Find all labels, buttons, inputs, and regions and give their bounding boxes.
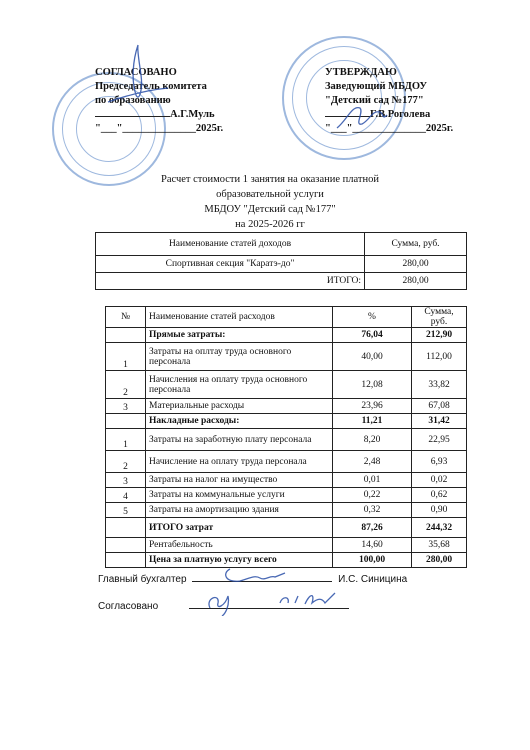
expense-num: 5 xyxy=(106,503,146,518)
expense-num: 4 xyxy=(106,488,146,503)
expense-row: 4Затраты на коммунальные услуги0,220,62 xyxy=(106,488,467,503)
expense-table-body: Прямые затраты:76,04212,901Затраты на оп… xyxy=(106,328,467,568)
expense-sum: 0,90 xyxy=(412,503,467,518)
accountant-label: Главный бухгалтер xyxy=(98,574,187,585)
expense-row: Рентабельность14,6035,68 xyxy=(106,538,467,553)
expense-row: 1Затраты на оплтау труда основного персо… xyxy=(106,343,467,371)
expense-header-sum: Сумма, руб. xyxy=(412,307,467,328)
expense-pct: 100,00 xyxy=(333,553,412,568)
agreed-signature xyxy=(200,588,370,616)
expense-pct: 87,26 xyxy=(333,518,412,538)
expense-sum: 33,82 xyxy=(412,371,467,399)
expense-sum: 244,32 xyxy=(412,518,467,538)
expense-pct: 14,60 xyxy=(333,538,412,553)
expense-row: 3Материальные расходы23,9667,08 xyxy=(106,399,467,414)
expense-name: Затраты на оплтау труда основного персон… xyxy=(146,343,333,371)
right-signature xyxy=(332,100,392,135)
expense-pct: 23,96 xyxy=(333,399,412,414)
expense-num xyxy=(106,518,146,538)
income-row-sum: 280,00 xyxy=(365,256,467,273)
expense-name: Начисления на оплату труда основного пер… xyxy=(146,371,333,399)
expense-pct: 0,01 xyxy=(333,473,412,488)
expense-num: 2 xyxy=(106,451,146,473)
expense-name: ИТОГО затрат xyxy=(146,518,333,538)
expense-name: Начисление на оплату труда персонала xyxy=(146,451,333,473)
expense-name: Материальные расходы xyxy=(146,399,333,414)
expense-num: 1 xyxy=(106,429,146,451)
expense-sum: 0,02 xyxy=(412,473,467,488)
expense-header-name: Наименование статей расходов xyxy=(146,307,333,328)
expense-sum: 22,95 xyxy=(412,429,467,451)
expense-num xyxy=(106,328,146,343)
expense-row: 2Начисление на оплату труда персонала2,4… xyxy=(106,451,467,473)
expense-name: Рентабельность xyxy=(146,538,333,553)
expense-pct: 8,20 xyxy=(333,429,412,451)
document-title: Расчет стоимости 1 занятия на оказание п… xyxy=(120,172,420,232)
income-header-sum: Сумма, руб. xyxy=(365,233,467,256)
expense-pct: 40,00 xyxy=(333,343,412,371)
expense-sum: 280,00 xyxy=(412,553,467,568)
expense-row: 2Начисления на оплату труда основного пе… xyxy=(106,371,467,399)
expense-sum: 35,68 xyxy=(412,538,467,553)
accountant-name: И.С. Синицина xyxy=(338,574,407,585)
income-total-label: ИТОГО: xyxy=(96,273,365,290)
expense-name: Затраты на коммунальные услуги xyxy=(146,488,333,503)
expense-header-pct: % xyxy=(333,307,412,328)
income-total-sum: 280,00 xyxy=(365,273,467,290)
expense-num xyxy=(106,414,146,429)
expense-name: Затраты на амортизацию здания xyxy=(146,503,333,518)
right-approval-heading: УТВЕРЖДАЮ xyxy=(325,66,453,80)
expense-row: 1Затраты на заработную плату персонала8,… xyxy=(106,429,467,451)
expense-row: Накладные расходы:11,2131,42 xyxy=(106,414,467,429)
expense-name: Накладные расходы: xyxy=(146,414,333,429)
expense-name: Прямые затраты: xyxy=(146,328,333,343)
left-approval-name-line: А.Г.Муль xyxy=(95,108,223,122)
expense-pct: 0,22 xyxy=(333,488,412,503)
expense-num xyxy=(106,538,146,553)
income-header-name: Наименование статей доходов xyxy=(96,233,365,256)
income-row-name: Спортивная секция "Каратэ-до" xyxy=(96,256,365,273)
left-approval-name: А.Г.Муль xyxy=(170,109,215,120)
expense-row: 5Затраты на амортизацию здания0,320,90 xyxy=(106,503,467,518)
expense-sum: 112,00 xyxy=(412,343,467,371)
expense-row: Прямые затраты:76,04212,90 xyxy=(106,328,467,343)
expense-row: 3Затраты на налог на имущество0,010,02 xyxy=(106,473,467,488)
expense-num xyxy=(106,553,146,568)
expense-table: № Наименование статей расходов % Сумма, … xyxy=(105,306,467,568)
expense-num: 3 xyxy=(106,473,146,488)
expense-num: 3 xyxy=(106,399,146,414)
expense-pct: 76,04 xyxy=(333,328,412,343)
agreed-label: Согласовано xyxy=(98,601,158,612)
expense-header-num: № xyxy=(106,307,146,328)
accountant-signature xyxy=(220,563,290,588)
expense-pct: 11,21 xyxy=(333,414,412,429)
expense-num: 1 xyxy=(106,343,146,371)
expense-sum: 67,08 xyxy=(412,399,467,414)
left-approval-date: "___"______________2025г. xyxy=(95,122,223,136)
expense-pct: 0,32 xyxy=(333,503,412,518)
expense-row: ИТОГО затрат87,26244,32 xyxy=(106,518,467,538)
expense-pct: 12,08 xyxy=(333,371,412,399)
expense-sum: 0,62 xyxy=(412,488,467,503)
expense-name: Затраты на налог на имущество xyxy=(146,473,333,488)
expense-sum: 6,93 xyxy=(412,451,467,473)
expense-pct: 2,48 xyxy=(333,451,412,473)
expense-sum: 31,42 xyxy=(412,414,467,429)
left-signature xyxy=(103,40,173,110)
expense-name: Затраты на заработную плату персонала xyxy=(146,429,333,451)
right-approval-position: Заведующий МБДОУ xyxy=(325,80,453,94)
income-table: Наименование статей доходов Сумма, руб. … xyxy=(95,232,467,290)
expense-num: 2 xyxy=(106,371,146,399)
expense-sum: 212,90 xyxy=(412,328,467,343)
